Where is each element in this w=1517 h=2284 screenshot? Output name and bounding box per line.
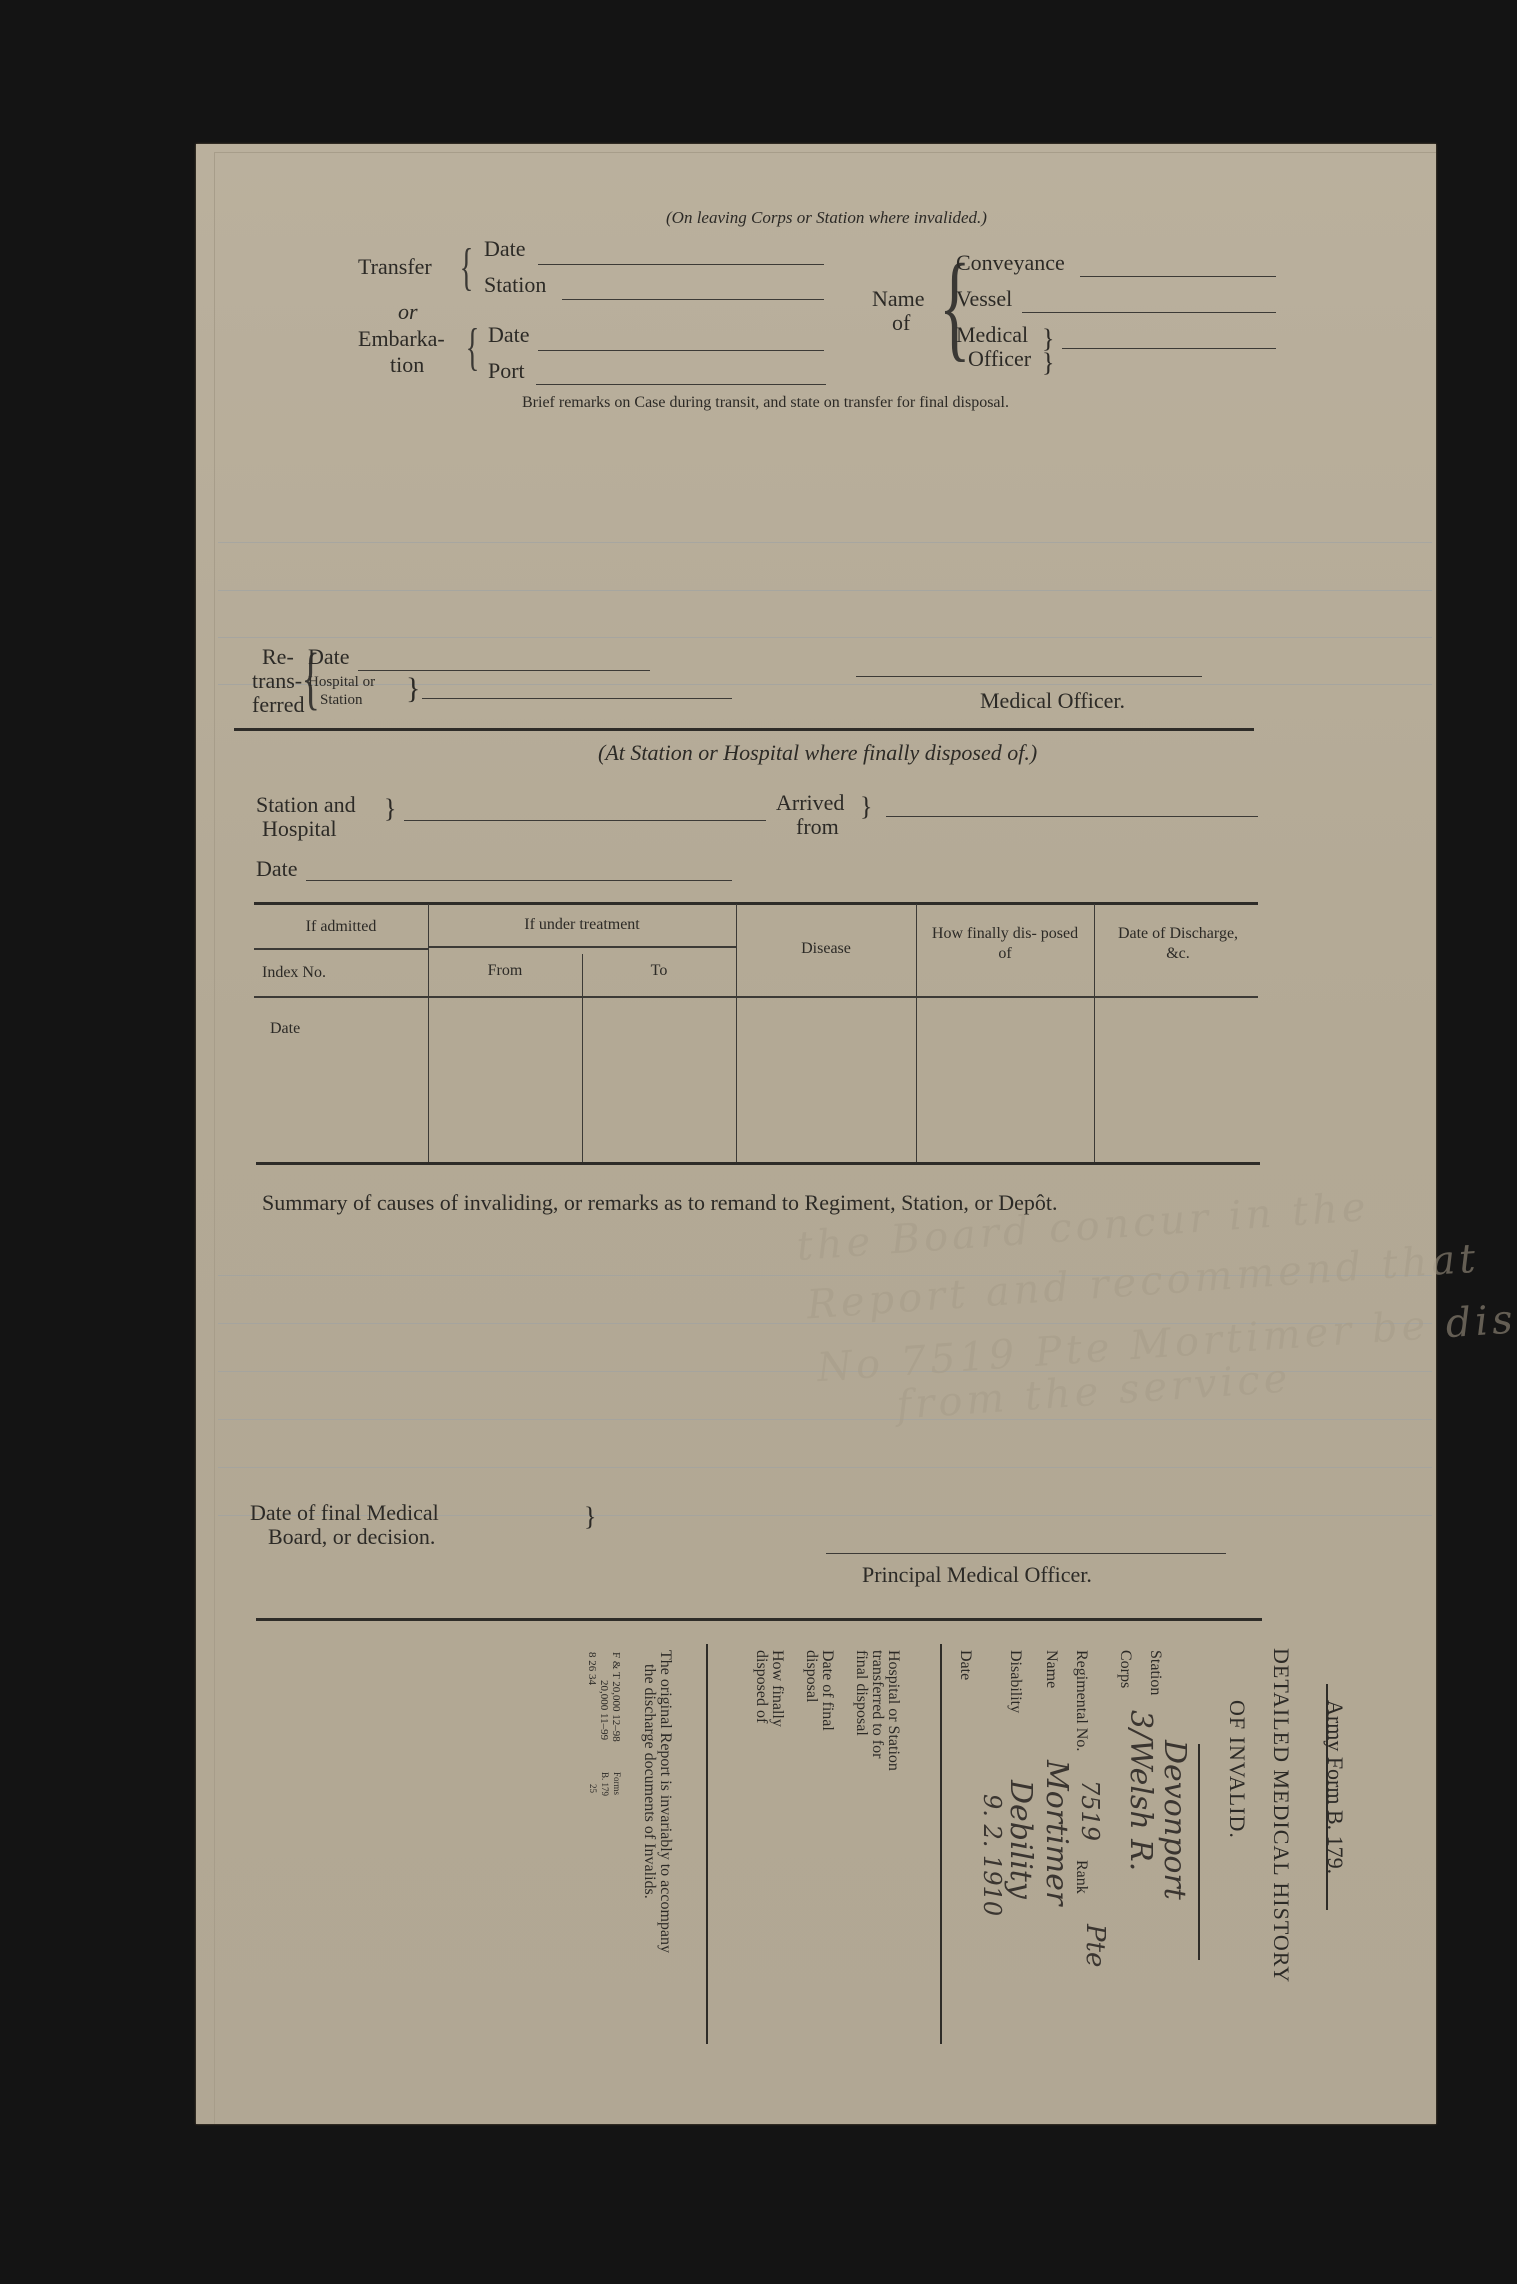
form-title: DETAILED MEDICAL HISTORY [1268,1648,1294,1983]
brace-icon: } [384,794,396,824]
brace-icon: } [406,672,420,706]
endorsement-hospital-label-2: transferred to for [868,1650,886,1758]
retransferred-date-field[interactable] [358,670,650,671]
endorsement-corps-value[interactable]: 3/Welsh R. [1123,1710,1158,1871]
transfer-station-field[interactable] [562,299,824,300]
table-bottom-rule [256,1162,1260,1165]
medical-officer-field[interactable] [1062,348,1276,349]
arrived-from-label: Arrived [776,790,844,816]
table-sub-rule [428,946,736,948]
endorsement-rank-label: Rank [1072,1860,1090,1894]
printer-imprint-3: 8 26 34 [586,1652,598,1685]
final-date-field[interactable] [306,880,732,881]
final-board-label: Date of final Medical [250,1500,439,1526]
conveyance-label: Conveyance [956,250,1065,276]
section-divider [256,1618,1262,1621]
form-title-2: OF INVALID. [1224,1700,1250,1839]
summary-heading: Summary of causes of invaliding, or rema… [262,1190,1058,1216]
table-col-divider [428,904,429,1162]
col-how-disposed: How finally dis- posed of [930,924,1080,964]
col-from: From [428,962,582,980]
col-disease: Disease [736,940,916,958]
transfer-date-field[interactable] [538,264,824,265]
endorsement-corps-label: Corps [1116,1650,1134,1688]
endorsement-regimental-no-label: Regimental No. [1072,1650,1090,1751]
retransferred-hospital-label: Hospital or [308,674,375,691]
station-hospital-label-2: Hospital [262,816,337,842]
table-col-divider [582,954,583,1162]
printer-form-number: B. 179 [600,1772,610,1796]
endorsement-date-label: Date [956,1650,974,1680]
endorsement-how-disposed-label: How finally [768,1650,786,1727]
col-if-under-treatment: If under treatment [428,916,736,934]
table-top-rule [254,902,1258,905]
col-index-no: Index No. [262,964,326,982]
col-date-of-discharge: Date of Discharge, &c. [1108,924,1248,964]
title-rule [1198,1744,1200,1960]
cell-disease[interactable] [738,1000,914,1158]
section-heading-leaving: (On leaving Corps or Station where inval… [666,208,987,228]
vessel-field[interactable] [1022,312,1276,313]
endorsement-date-value[interactable]: 9. 2. 1910 [978,1794,1006,1916]
col-to: To [582,962,736,980]
section-divider [234,728,1254,731]
col-if-admitted: If admitted [254,918,428,936]
printer-code: 25 [588,1784,598,1793]
endorsement-note: The original Report is invariably to acc… [656,1650,674,1953]
retransferred-label-3: ferred [252,692,305,718]
endorsement-name-value[interactable]: Mortimer [1039,1760,1074,1905]
station-hospital-field[interactable] [404,820,766,821]
brace-icon: { [466,322,480,374]
cell-date-of-discharge[interactable] [1096,1000,1256,1158]
retransferred-date-label: Date [308,644,350,670]
remarks-heading: Brief remarks on Case during transit, an… [522,394,1009,412]
endorsement-how-disposed-label-2: disposed of [752,1650,770,1723]
principal-medical-officer-label: Principal Medical Officer. [862,1562,1092,1588]
endorsement-disability-label: Disability [1006,1650,1024,1713]
printer-imprint: F & T 20,000 12–98 [610,1652,622,1742]
title-rule [1326,1684,1328,1910]
brace-icon: } [860,792,872,822]
cell-how-disposed[interactable] [918,1000,1092,1158]
remarks-text-area[interactable] [236,418,1416,668]
medical-officer-label-2: Officer [968,346,1031,372]
name-of-label: Name [872,286,925,312]
embarkation-label: Embarka- [358,326,445,352]
endorsement-station-value[interactable]: Devonport [1157,1740,1192,1900]
endorsement-divider [706,1644,708,2044]
transfer-station-label: Station [484,272,546,298]
medical-officer-label: Medical [956,322,1028,348]
arrived-from-label-2: from [796,814,839,840]
printer-forms-label: Forms [612,1772,622,1795]
station-hospital-label: Station and [256,792,356,818]
table-header-rule [254,996,1258,998]
brace-icon: } [1042,348,1054,378]
printer-imprint-2: 20,000 11–99 [598,1680,610,1740]
brace-icon: } [584,1502,596,1532]
medical-officer-signature-field[interactable] [856,676,1202,677]
endorsement-name-label: Name [1042,1650,1060,1688]
embarkation-label-2: tion [390,352,424,378]
principal-medical-officer-signature-field[interactable] [826,1553,1226,1554]
endorsement-rank-value[interactable]: Pte [1080,1924,1110,1967]
summary-text-area[interactable] [236,1224,1416,1524]
cell-to[interactable] [584,1000,734,1158]
endorsement-note-2: the discharge documents of Invalids. [640,1664,658,1899]
retransferred-label-2: trans- [252,668,302,694]
brace-icon: { [460,242,474,294]
endorsement-hospital-label: Hospital or Station [884,1650,902,1771]
section-heading-final: (At Station or Hospital where finally di… [598,740,1037,766]
endorsement-divider [940,1644,942,2044]
cell-from[interactable] [430,1000,580,1158]
embarkation-date-label: Date [488,322,530,348]
cell-index-no[interactable] [254,1044,428,1158]
arrived-from-field[interactable] [886,816,1258,817]
endorsement-disability-value[interactable]: Debility [1003,1780,1038,1899]
endorsement-date-final-label: Date of final [818,1650,836,1731]
table-sub-rule [254,948,428,950]
table-col-divider [1094,904,1095,1162]
or-label: or [398,299,418,325]
embarkation-date-field[interactable] [538,350,824,351]
retransferred-label: Re- [262,644,294,670]
final-board-date-field[interactable] [606,1500,906,1550]
retransferred-hospital-field[interactable] [422,698,732,699]
ruled-line [218,684,1432,685]
transfer-date-label: Date [484,236,526,262]
embarkation-port-label: Port [488,358,525,384]
endorsement-date-final-label-2: disposal [802,1650,820,1702]
medical-officer-signature-label: Medical Officer. [980,688,1125,714]
form-page: the Board concur in the Report and recom… [196,144,1436,2124]
endorsement-regimental-no-value[interactable]: 7519 [1076,1780,1104,1841]
endorsement-hospital-label-3: final disposal [852,1650,870,1736]
transfer-label: Transfer [358,254,432,280]
table-col-divider [916,904,917,1162]
name-of-label-2: of [892,310,910,336]
embarkation-port-field[interactable] [536,384,826,385]
conveyance-field[interactable] [1080,276,1276,277]
final-date-label: Date [256,856,298,882]
row-date-label: Date [270,1020,300,1038]
endorsement-station-label: Station [1146,1650,1164,1695]
retransferred-hospital-label-2: Station [320,692,363,709]
final-board-label-2: Board, or decision. [268,1524,435,1550]
vessel-label: Vessel [956,286,1012,312]
